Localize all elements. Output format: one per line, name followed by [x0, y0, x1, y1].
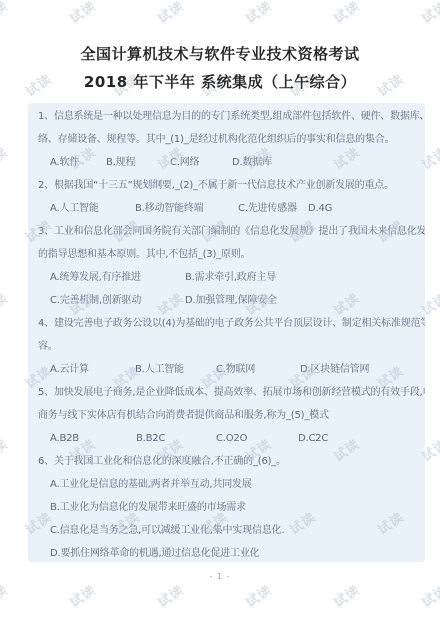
option-c: C.完善机制,创新驱动 [50, 289, 185, 312]
question-3-text-line: 3、工业和信息化部会同国务院有关部门编制的《信息化发展规》提出了我国未来信息化发… [38, 220, 425, 243]
watermark-text: 试读 [0, 580, 11, 612]
watermark-text: 试读 [153, 580, 187, 612]
watermark-text: 试读 [0, 434, 11, 466]
option-d: D.数据库 [232, 151, 272, 174]
question-6-option-d: D.要抓住网络革命的机遇,通过信息化促进工业化 [38, 542, 425, 562]
option-b: B.规程 [106, 151, 170, 174]
question-3-text-line: 的指导思想和基本原则。其中,不包括_(3)_原则。 [38, 243, 425, 266]
question-panel: 1、信息系统是一种以处理信息为目的的专门系统类型,组成部件包括软件、硬件、数据库… [28, 103, 425, 562]
exam-title: 全国计算机技术与软件专业技术资格考试 [0, 44, 440, 64]
watermark-text: 试读 [329, 0, 363, 27]
question-5-text-line: 商务与线下实体店有机结合向消费者提供商品和服务,称为_(5)_模式 [38, 404, 425, 427]
watermark-text: 试读 [241, 580, 275, 612]
question-1-text-line: 络、存储设备、规程等。其中_(1)_是经过机构化范化组织后的事实和信息的集合。 [38, 128, 425, 151]
option-d: D.C2C [298, 427, 328, 450]
watermark-text: 试读 [65, 580, 99, 612]
option-b: B.人工智能 [135, 358, 216, 381]
question-4-text-line: 4、建设完善电子政务公设以(4)为基础的电子政务公共平台顶层设计、制定相关标准规… [38, 312, 425, 335]
exam-subtitle: 2018 年下半年 系统集成（上午综合） [0, 72, 440, 92]
option-c: C.O2O [216, 427, 298, 450]
option-b: B.移动智能终端 [135, 197, 238, 220]
question-4-options: A.云计算B.人工智能C.物联网D.区块链信管网 [38, 358, 425, 381]
question-2-options: A.人工智能B.移动智能终端C.先进传感器D.4G [38, 197, 425, 220]
option-d: D.加强管理,保障安全 [185, 289, 277, 312]
option-a: A.云计算 [50, 358, 135, 381]
option-b: B.需求牵引,政府主导 [185, 266, 276, 289]
watermark-text: 试读 [417, 580, 440, 612]
option-c: C.信息化是当务之急,可以减缓工业化,集中实现信息化. [50, 519, 284, 542]
question-5-options: A.B2BB.B2CC.O2OD.C2C [38, 427, 425, 450]
question-6-option-c: C.信息化是当务之急,可以减缓工业化,集中实现信息化. [38, 519, 425, 542]
option-a: A.软件 [50, 151, 106, 174]
watermark-text: 试读 [0, 0, 11, 27]
question-3-options-row2: C.完善机制,创新驱动D.加强管理,保障安全 [38, 289, 425, 312]
page-number: - 1 - [0, 572, 440, 581]
question-6-option-a: A.工业化是信息的基础,两者并举互动,共同发展 [38, 473, 425, 496]
option-b: B.工业化为信息化的发展带来旺盛的市场需求 [50, 496, 246, 519]
option-a: A.工业化是信息的基础,两者并举互动,共同发展 [50, 473, 252, 496]
watermark-text: 试读 [0, 142, 11, 174]
question-4-text-line: 容。 [38, 335, 425, 358]
question-1: 1、信息系统是一种以处理信息为目的的专门系统类型,组成部件包括软件、硬件、数据库… [38, 105, 425, 174]
question-5: 5、加快发展电子商务,是企业降低成本、提高效率、拓展市场和创新经营模式的有效手段… [38, 381, 425, 450]
question-6-option-b: B.工业化为信息化的发展带来旺盛的市场需求 [38, 496, 425, 519]
option-d: D.要抓住网络革命的机遇,通过信息化促进工业化 [50, 542, 259, 562]
option-a: A.B2B [50, 427, 136, 450]
option-c: C.网络 [170, 151, 232, 174]
question-3: 3、工业和信息化部会同国务院有关部门编制的《信息化发展规》提出了我国未来信息化发… [38, 220, 425, 312]
exam-page: 1、信息系统是一种以处理信息为目的的专门系统类型,组成部件包括软件、硬件、数据库… [0, 0, 440, 620]
watermark-text: 试读 [0, 288, 11, 320]
option-a: A.统筹发展,有序推进 [50, 266, 185, 289]
question-5-text-line: 5、加快发展电子商务,是企业降低成本、提高效率、拓展市场和创新经营模式的有效手段… [38, 381, 425, 404]
watermark-text: 试读 [153, 0, 187, 27]
option-d: D.4G [308, 197, 332, 220]
option-c: C.先进传感器 [238, 197, 308, 220]
question-1-options: A.软件B.规程C.网络D.数据库 [38, 151, 425, 174]
question-1-text-line: 1、信息系统是一种以处理信息为目的的专门系统类型,组成部件包括软件、硬件、数据库… [38, 105, 425, 128]
question-4: 4、建设完善电子政务公设以(4)为基础的电子政务公共平台顶层设计、制定相关标准规… [38, 312, 425, 381]
question-3-options-row1: A.统筹发展,有序推进B.需求牵引,政府主导 [38, 266, 425, 289]
watermark-text: 试读 [241, 0, 275, 27]
option-a: A.人工智能 [50, 197, 135, 220]
option-c: C.物联网 [216, 358, 300, 381]
question-6-text-line: 6、关于我国工业化和信息化的深度融合,不正确的_(6)_。 [38, 450, 425, 473]
watermark-text: 试读 [329, 580, 363, 612]
watermark-text: 试读 [417, 0, 440, 27]
option-d: D.区块链信管网 [300, 358, 369, 381]
option-b: B.B2C [136, 427, 216, 450]
question-2-text-line: 2、根据我国“十三五”规划纲要,_(2)_不属于新一代信息技术产业创新发展的重点… [38, 174, 425, 197]
question-6: 6、关于我国工业化和信息化的深度融合,不正确的_(6)_。 A.工业化是信息的基… [38, 450, 425, 562]
watermark-text: 试读 [65, 0, 99, 27]
document-header: 全国计算机技术与软件专业技术资格考试 2018 年下半年 系统集成（上午综合） [0, 44, 440, 92]
question-2: 2、根据我国“十三五”规划纲要,_(2)_不属于新一代信息技术产业创新发展的重点… [38, 174, 425, 220]
